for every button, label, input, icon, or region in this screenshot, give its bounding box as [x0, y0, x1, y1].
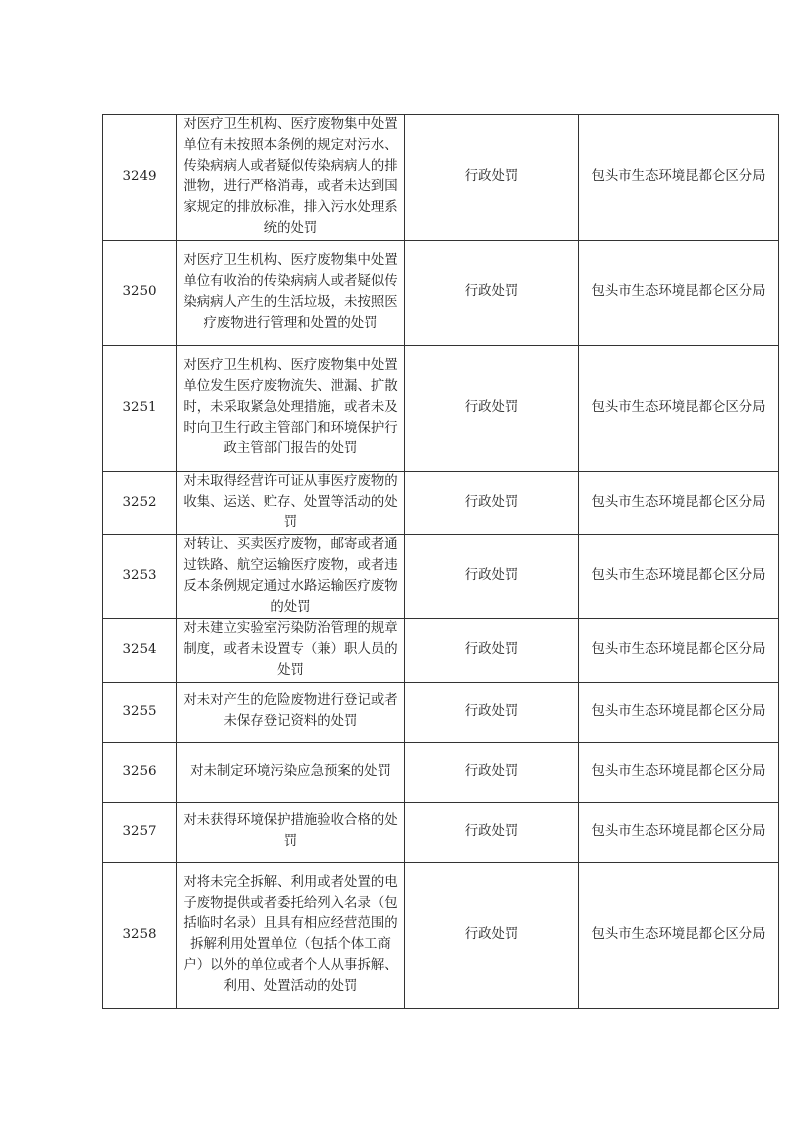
item-description: 对未制定环境污染应急预案的处罚 [177, 742, 405, 802]
item-type: 行政处罚 [405, 240, 579, 345]
item-type: 行政处罚 [405, 682, 579, 742]
item-authority: 包头市生态环境昆都仑区分局 [579, 862, 779, 1008]
item-authority: 包头市生态环境昆都仑区分局 [579, 471, 779, 534]
item-number: 3255 [103, 682, 177, 742]
item-authority: 包头市生态环境昆都仑区分局 [579, 240, 779, 345]
item-authority: 包头市生态环境昆都仑区分局 [579, 115, 779, 241]
item-description: 对未获得环境保护措施验收合格的处罚 [177, 802, 405, 862]
table-row: 3250 对医疗卫生机构、医疗废物集中处置单位有收治的传染病病人或者疑似传染病病… [103, 240, 779, 345]
item-type: 行政处罚 [405, 471, 579, 534]
table-row: 3251 对医疗卫生机构、医疗废物集中处置单位发生医疗废物流失、泄漏、扩散时，未… [103, 345, 779, 471]
item-description: 对转让、买卖医疗废物，邮寄或者通过铁路、航空运输医疗废物，或者违反本条例规定通过… [177, 535, 405, 619]
item-number: 3257 [103, 802, 177, 862]
item-number: 3250 [103, 240, 177, 345]
item-authority: 包头市生态环境昆都仑区分局 [579, 802, 779, 862]
table-row: 3256 对未制定环境污染应急预案的处罚 行政处罚 包头市生态环境昆都仑区分局 [103, 742, 779, 802]
item-type: 行政处罚 [405, 862, 579, 1008]
item-authority: 包头市生态环境昆都仑区分局 [579, 619, 779, 682]
item-description: 对医疗卫生机构、医疗废物集中处置单位有未按照本条例的规定对污水、传染病病人或者疑… [177, 115, 405, 241]
item-description: 对医疗卫生机构、医疗废物集中处置单位有收治的传染病病人或者疑似传染病病人产生的生… [177, 240, 405, 345]
item-type: 行政处罚 [405, 115, 579, 241]
penalty-items-table: 3249 对医疗卫生机构、医疗废物集中处置单位有未按照本条例的规定对污水、传染病… [102, 114, 779, 1009]
item-number: 3254 [103, 619, 177, 682]
item-authority: 包头市生态环境昆都仑区分局 [579, 345, 779, 471]
item-description: 对将未完全拆解、利用或者处置的电子废物提供或者委托给列入名录（包括临时名录）且具… [177, 862, 405, 1008]
item-number: 3252 [103, 471, 177, 534]
item-type: 行政处罚 [405, 535, 579, 619]
item-type: 行政处罚 [405, 742, 579, 802]
item-description: 对医疗卫生机构、医疗废物集中处置单位发生医疗废物流失、泄漏、扩散时，未采取紧急处… [177, 345, 405, 471]
item-authority: 包头市生态环境昆都仑区分局 [579, 742, 779, 802]
item-number: 3249 [103, 115, 177, 241]
item-number: 3253 [103, 535, 177, 619]
item-number: 3258 [103, 862, 177, 1008]
table-row: 3252 对未取得经营许可证从事医疗废物的收集、运送、贮存、处置等活动的处罚 行… [103, 471, 779, 534]
table-row: 3257 对未获得环境保护措施验收合格的处罚 行政处罚 包头市生态环境昆都仑区分… [103, 802, 779, 862]
table-row: 3255 对未对产生的危险废物进行登记或者未保存登记资料的处罚 行政处罚 包头市… [103, 682, 779, 742]
item-description: 对未建立实验室污染防治管理的规章制度，或者未设置专（兼）职人员的处罚 [177, 619, 405, 682]
table-row: 3258 对将未完全拆解、利用或者处置的电子废物提供或者委托给列入名录（包括临时… [103, 862, 779, 1008]
item-type: 行政处罚 [405, 802, 579, 862]
item-number: 3251 [103, 345, 177, 471]
table-row: 3249 对医疗卫生机构、医疗废物集中处置单位有未按照本条例的规定对污水、传染病… [103, 115, 779, 241]
item-number: 3256 [103, 742, 177, 802]
table-row: 3254 对未建立实验室污染防治管理的规章制度，或者未设置专（兼）职人员的处罚 … [103, 619, 779, 682]
item-type: 行政处罚 [405, 345, 579, 471]
item-authority: 包头市生态环境昆都仑区分局 [579, 682, 779, 742]
item-type: 行政处罚 [405, 619, 579, 682]
item-description: 对未取得经营许可证从事医疗废物的收集、运送、贮存、处置等活动的处罚 [177, 471, 405, 534]
item-authority: 包头市生态环境昆都仑区分局 [579, 535, 779, 619]
item-description: 对未对产生的危险废物进行登记或者未保存登记资料的处罚 [177, 682, 405, 742]
table-row: 3253 对转让、买卖医疗废物，邮寄或者通过铁路、航空运输医疗废物，或者违反本条… [103, 535, 779, 619]
